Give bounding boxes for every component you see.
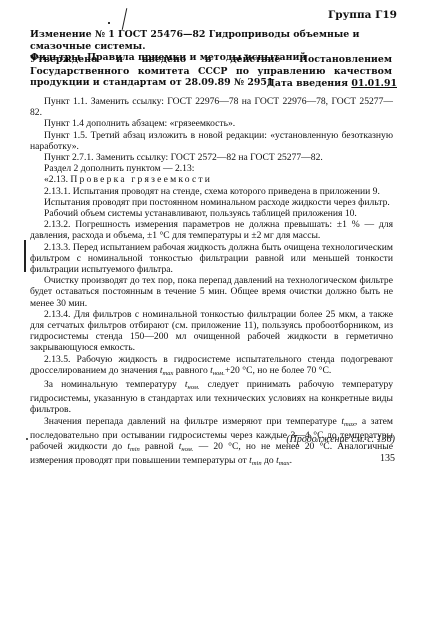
- margin-change-bar: [24, 240, 26, 272]
- pen-mark: [122, 8, 128, 30]
- scan-speck: [26, 438, 28, 440]
- date-value: 01.01.91: [351, 78, 397, 89]
- scan-speck: [40, 458, 42, 460]
- paragraph: Пункт 1.1. Заменить ссылку: ГОСТ 22976—7…: [30, 96, 393, 118]
- title-line-1: Изменение № 1 ГОСТ 25476—82 Гидроприводы…: [30, 29, 400, 52]
- paragraph: Пункт 1.4 дополнить абзацем: «грязеемкос…: [30, 118, 393, 129]
- paragraph: 2.13.5. Рабочую жидкость в гидросистеме …: [30, 354, 393, 379]
- scan-speck: [108, 22, 110, 24]
- effective-date: Дата введения 01.01.91: [267, 78, 397, 89]
- paragraph: 2.13.4. Для фильтров с номинальной тонко…: [30, 309, 393, 354]
- document-page: Группа Г19 Изменение № 1 ГОСТ 25476—82 Г…: [0, 0, 427, 631]
- page-number: 135: [380, 453, 395, 464]
- paragraph: Испытания проводят при постоянном номина…: [30, 197, 393, 208]
- paragraph: Очистку производят до тех пор, пока пере…: [30, 275, 393, 309]
- group-label: Группа Г19: [328, 9, 397, 21]
- paragraph: 2.13.3. Перед испытанием рабочая жидкост…: [30, 242, 393, 276]
- document-body: Пункт 1.1. Заменить ссылку: ГОСТ 22976—7…: [30, 96, 393, 470]
- paragraph: 2.13.1. Испытания проводят на стенде, сх…: [30, 186, 393, 197]
- section-title: Проверка грязеемкости: [70, 174, 212, 185]
- paragraph: Пункт 1.5. Третий абзац изложить в новой…: [30, 130, 393, 152]
- date-label: Дата введения: [267, 78, 349, 89]
- paragraph: 2.13.2. Погрешность измерения параметров…: [30, 219, 393, 241]
- section-heading: «2.13. Проверка грязеемкости: [30, 174, 393, 185]
- paragraph: За номинальную температуру tном. следует…: [30, 379, 393, 416]
- paragraph: Пункт 2.7.1. Заменить ссылку: ГОСТ 2572—…: [30, 152, 393, 163]
- paragraph: Раздел 2 дополнить пунктом — 2.13:: [30, 163, 393, 174]
- continuation-note: (Продолжение см. с. 136): [286, 434, 395, 445]
- paragraph: Рабочий объем системы устанавливают, пол…: [30, 208, 393, 219]
- section-number: «2.13.: [44, 174, 68, 185]
